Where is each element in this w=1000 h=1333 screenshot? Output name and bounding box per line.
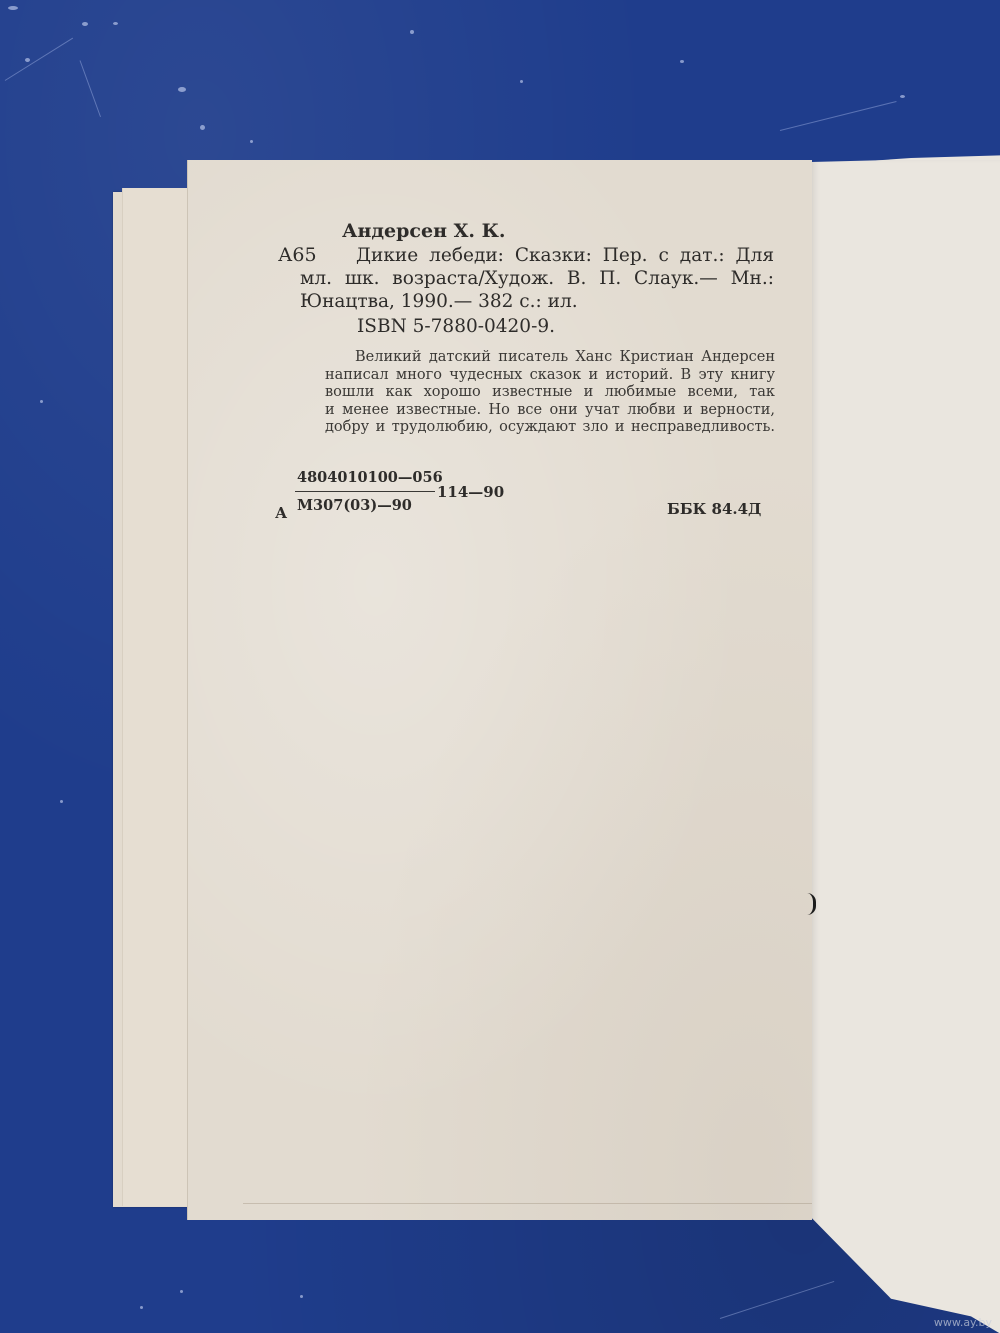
- annotation-line: и менее известные. Но все они учат любви…: [325, 402, 775, 420]
- scratch-mark: [80, 60, 101, 117]
- dust-speck: [200, 125, 205, 130]
- annotation-line: Великий датский писатель Ханс Кристиан А…: [325, 349, 775, 367]
- dust-speck: [300, 1295, 303, 1298]
- fraction-line: [295, 491, 435, 492]
- biblio-line: Юнацтва, 1990.— 382 с.: ил.: [300, 290, 774, 313]
- isbn: ISBN 5-7880-0420-9.: [357, 318, 555, 337]
- dust-speck: [680, 60, 684, 63]
- annotation-line: вошли как хорошо известные и любимые все…: [325, 384, 775, 402]
- classification-letter: А: [275, 506, 287, 521]
- dust-speck: [140, 1306, 143, 1309]
- annotation-line: добру и трудолюбию, осуждают зло и неспр…: [325, 419, 775, 437]
- dust-speck: [410, 30, 414, 34]
- dust-speck: [8, 6, 18, 10]
- dust-speck: [25, 58, 30, 62]
- dust-speck: [900, 95, 905, 98]
- bbk-code: ББК 84.4Д: [667, 502, 761, 517]
- author-name: Андерсен Х. К.: [342, 222, 505, 241]
- dust-speck: [520, 80, 523, 83]
- scratch-mark: [720, 1281, 834, 1319]
- dust-speck: [60, 800, 63, 803]
- dust-speck: [113, 22, 118, 25]
- annotation-line: написал много чудесных сказок и историй.…: [325, 367, 775, 385]
- classification-suffix: 114—90: [437, 485, 504, 500]
- catalog-code: А65: [278, 246, 317, 265]
- biblio-line: мл. шк. возраста/Худож. В. П. Слаук.— Мн…: [300, 267, 774, 290]
- annotation: Великий датский писатель Ханс Кристиан А…: [325, 349, 775, 437]
- dust-speck: [178, 87, 186, 92]
- bibliographic-description: Дикие лебеди: Сказки: Пер. с дат.: Для м…: [326, 244, 774, 313]
- dust-speck: [82, 22, 88, 26]
- biblio-line: Дикие лебеди: Сказки: Пер. с дат.: Для: [326, 244, 774, 267]
- classification-denominator: М307(03)—90: [297, 499, 412, 514]
- page-edge-line: [243, 1203, 812, 1204]
- scratch-mark: [780, 101, 897, 131]
- dust-speck: [180, 1290, 183, 1293]
- dust-speck: [40, 400, 43, 403]
- right-page: [811, 160, 1000, 1333]
- classification-numerator: 4804010100—056: [297, 471, 443, 486]
- dust-speck: [250, 140, 253, 143]
- scratch-mark: [5, 38, 73, 81]
- watermark: www.ay.by: [934, 1316, 992, 1329]
